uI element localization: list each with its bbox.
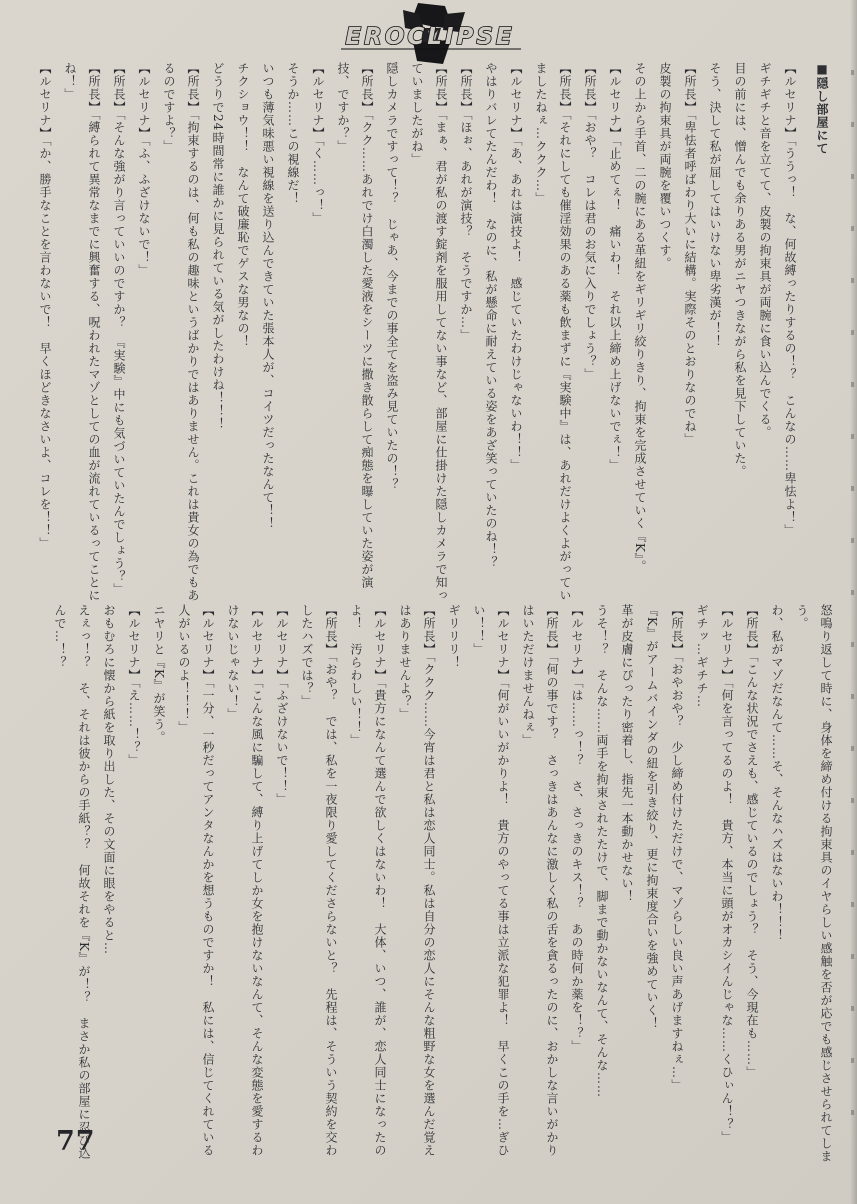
script-line: 【ルセリナ】「一分、一秒だってアンタなんかを想うものですか！ 私には、信じてくれ… [172,604,220,1164]
script-line: 【ルセリナ】「止めてぇ！ 痛いわ！ それ以上締め上げないでぇ！」 [603,62,627,602]
script-line: 【ルセリナ】「は……っ！？ さ、さっきのキス！？ あの時何か薬を！？」 [565,604,589,1164]
script-line: 【所長】「それにしても催淫効果のある薬も飲まずに『実験中』は、あれだけよくよがっ… [529,62,577,602]
script-line: 【ルセリナ】「あ、あれは演技よ！ 感じていたわけじゃないわ！！」 [504,62,528,602]
script-line: うそ！？ そんな……両手を拘束されたたけで、脚まで動かないなんて、そんな…… [590,604,614,1164]
script-line: 革が皮膚にぴったり密着し、指先一本動かせない！ [615,604,639,1164]
script-line: 【所長】「拘束するのは、何も私の趣味というばかりではありません。これは貴女の為で… [157,62,205,602]
scan-edge-shadow [850,0,857,1204]
script-line: 【所長】「縛られて異常なまでに興奮する、呪われたマゾとしての血が流れているってこ… [58,62,106,602]
script-line: わ、私がマゾだなんて……そ、そんなハズはないわ！！！ [765,604,789,1164]
script-line: 【所長】「おや？ コレは君のお気に入りでしょう？」 [578,62,602,602]
script-line: 【所長】「おや？ では、私を一夜限り愛してくださらないと？ 先程は、そういう契約… [295,604,343,1164]
script-line: 【所長】「クク……あれでけ白濁した愛液をシーツに撒き散らして痴態を曝していた姿が… [331,62,379,602]
bottom-text-block: 怒鳴り返して時に、身体を締め付ける拘束具のイヤらしい感触を否が応でも感じさせられ… [33,604,839,1164]
script-line: 【所長】「何の事です？ さっきはあんなに激しく私の舌を貪るったのに、おかしな言い… [516,604,564,1164]
section-heading: ■隠し部屋にて [810,62,834,602]
script-line: 【所長】「こんな状況でさえも、感じているのでしょう？ そう、今現在も……」 [740,604,764,1164]
script-line: 皮製の拘束具が両腕を覆いつくす。 [653,62,677,602]
script-line: 【ルセリナ】「こんな風に騙して、縛り上げてしか女を抱けないなんて、そんな変態を愛… [221,604,269,1164]
script-line: 【ルセリナ】「え……！？」 [122,604,146,1164]
script-line: いつも薄気味悪い視線を送り込んできていた張本人が、コイツだったなんて！！ [256,62,280,602]
script-line: その上から手首、二の腕にある革紐をギリギリ絞りきり、拘束を完成させていく『K』。 [628,62,652,602]
script-line: 怒鳴り返して時に、身体を締め付ける拘束具のイヤらしい感触を否が応でも感じさせられ… [790,604,838,1164]
script-line: チクショウ！！ なんて破廉恥でゲスな男なの！ [231,62,255,602]
script-line: ギチギチと音を立てて、皮製の拘束具が両腕に食い込んでくる。 [753,62,777,602]
scanned-book-page: EROCLIPSE ■隠し部屋にて 【ルセリナ】「ううっ！ な、何故縛ったりする… [0,0,857,1204]
script-line: ニヤリと『K』が笑う。 [147,604,171,1164]
script-line: どうりで24時間常に誰かに見られている気がしたわけね！！！ [206,62,230,602]
script-line: 【ルセリナ】「何を言ってるのよ！ 貴方、本当に頭がオカシイんじゃな……くひぃん！… [715,604,739,1164]
script-line: 『K』がアームバインダの紐を引き絞り、更に拘束度合いを強めていく！ [640,604,664,1164]
script-line: 【ルセリナ】「ううっ！ な、何故縛ったりするの！？ こんなの……卑怯よ！」 [778,62,802,602]
script-line: 【所長】「そんな強がり言っていいのですか？ 『実験』中にも気づいていたんでしょう… [107,62,131,602]
logo-wordmark: EROCLIPSE [345,24,514,50]
page-number: 77 [56,1126,96,1157]
script-line: 【ルセリナ】「ふ、ふざけないで！」 [132,62,156,602]
script-line: ギチッ…ギチチ… [690,604,714,1164]
script-line: 目の前には、憎んでも余りある男がニヤつきながら私を見下していた。 [728,62,752,602]
script-line: ギリリリ！ [442,604,466,1164]
script-line: 【所長】「卑怯者呼ばわり大いに結構。実際そのとおりなのでね」 [678,62,702,602]
script-line: 【所長】「おやおや？ 少し締め付けただけで、マゾらしい良い声あげますねぇ…」 [665,604,689,1164]
eroclipse-logo: EROCLIPSE [333,2,528,66]
script-line: 【ルセリナ】「く……っ！」 [306,62,330,602]
script-line: 隠しカメラですって！？ じゃあ、今までの事全てを盗み見ていたの！？ [380,62,404,602]
script-line: えぇっ！？ そ、それは彼からの手紙？？ 何故それを『K』が！？ まさか私の部屋に… [48,604,96,1164]
script-line: そうか……この視線だ！ [281,62,305,602]
script-line: おもむろに懐から紙を取り出した、その文面に眼をやると… [97,604,121,1164]
top-text-block: ■隠し部屋にて 【ルセリナ】「ううっ！ な、何故縛ったりするの！？ こんなの……… [51,62,835,602]
script-line: 【所長】「ほぉ、あれが演技？ そうですか…」 [454,62,478,602]
script-line: やはりバレてたんだわ！ なのに、私が懸命に耐えている姿をあざ笑っていたのね！？ [479,62,503,602]
script-line: 【所長】「まぁ、君が私の渡す錠剤を服用してない事など、部屋に仕掛けた隠しカメラで… [405,62,453,602]
script-line: 【ルセリナ】「何がいいがかりよ！ 貴方のやってる事は立派な犯罪よ！ 早くこの手を… [467,604,515,1164]
script-line: 【ルセリナ】「貴方になんて選んで欲しくはないわ！ 大体、いつ、誰が、恋人同士にな… [344,604,392,1164]
script-line: 【ルセリナ】「ふざけないで！！」 [270,604,294,1164]
script-line: 【ルセリナ】「か、勝手なことを言わないで！ 早くほどきなさいよ、コレを！！」 [33,62,57,602]
script-line: そう、決して私が屈してはいけない卑劣漢が！！ [703,62,727,602]
script-line: 【所長】「ククク……今宵は君と私は恋人同士。私は自分の恋人にそんな粗野な女を選ん… [393,604,441,1164]
